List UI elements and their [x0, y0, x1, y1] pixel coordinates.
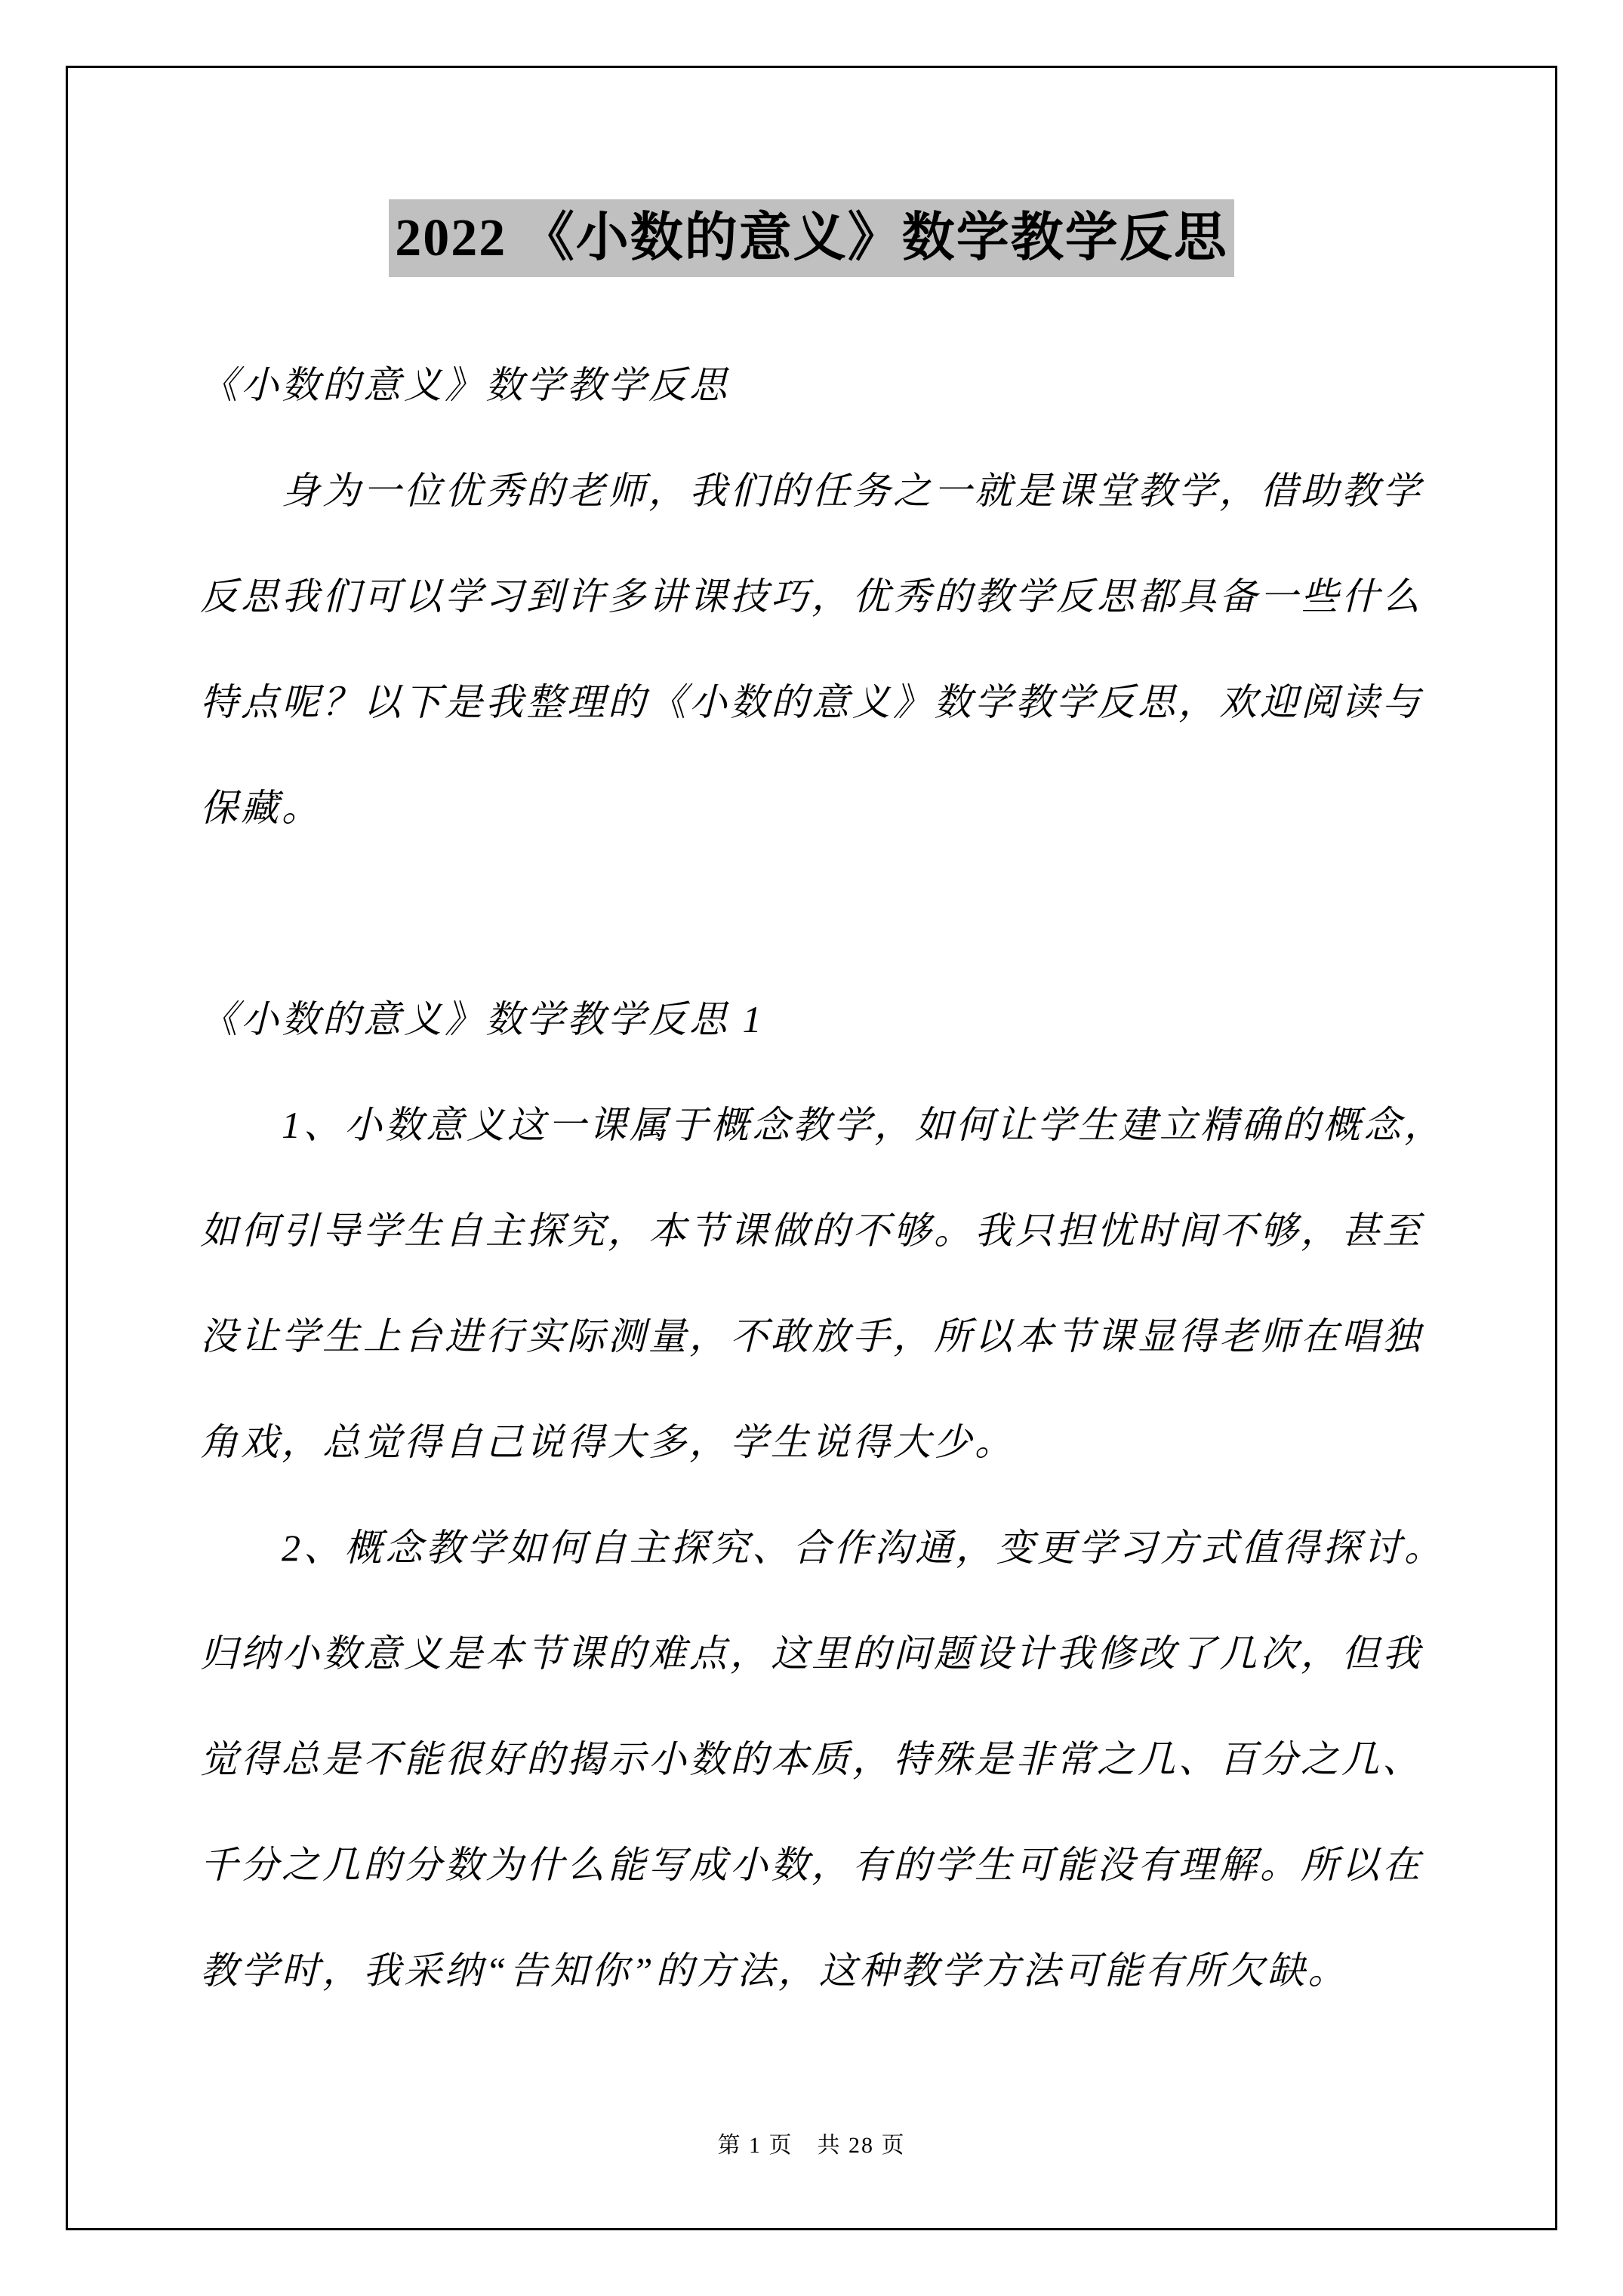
text-line: 反思我们可以学习到许多讲课技巧，优秀的教学反思都具备一些什么: [200, 544, 1483, 649]
text-line: 角戏，总觉得自己说得大多，学生说得大少。: [200, 1389, 1483, 1495]
page-title: 2022 《小数的意义》数学教学反思: [389, 199, 1234, 277]
text-line: 教学时，我采纳“告知你”的方法，这种教学方法可能有所欠缺。: [200, 1918, 1483, 2023]
text-line: 身为一位优秀的老师，我们的任务之一就是课堂教学，借助教学: [200, 438, 1483, 544]
text-line: 如何引导学生自主探究，本节课做的不够。我只担忧时间不够，甚至: [200, 1178, 1483, 1284]
text-line: 《小数的意义》数学教学反思 1: [200, 966, 1483, 1072]
text-line: 保藏。: [200, 755, 1483, 861]
text-line: 2、概念教学如何自主探究、合作沟通，变更学习方式值得探讨。: [200, 1495, 1483, 1601]
text-line-empty: [200, 861, 1483, 966]
page-number-footer: 第 1 页 共 28 页: [0, 2126, 1623, 2159]
text-line: 归纳小数意义是本节课的难点，这里的问题设计我修改了几次，但我: [200, 1601, 1483, 1706]
text-line: 1、小数意义这一课属于概念教学，如何让学生建立精确的概念，: [200, 1072, 1483, 1178]
text-line: 没让学生上台进行实际测量，不敢放手，所以本节课显得老师在唱独: [200, 1284, 1483, 1389]
text-line: 觉得总是不能很好的揭示小数的本质，特殊是非常之几、百分之几、: [200, 1706, 1483, 1812]
text-line: 千分之几的分数为什么能写成小数，有的学生可能没有理解。所以在: [200, 1812, 1483, 1918]
title-row: 2022 《小数的意义》数学教学反思: [0, 199, 1623, 277]
text-line: 特点呢？以下是我整理的《小数的意义》数学教学反思，欢迎阅读与: [200, 649, 1483, 755]
document-body: 《小数的意义》数学教学反思 身为一位优秀的老师，我们的任务之一就是课堂教学，借助…: [200, 332, 1483, 2023]
text-line: 《小数的意义》数学教学反思: [200, 332, 1483, 438]
